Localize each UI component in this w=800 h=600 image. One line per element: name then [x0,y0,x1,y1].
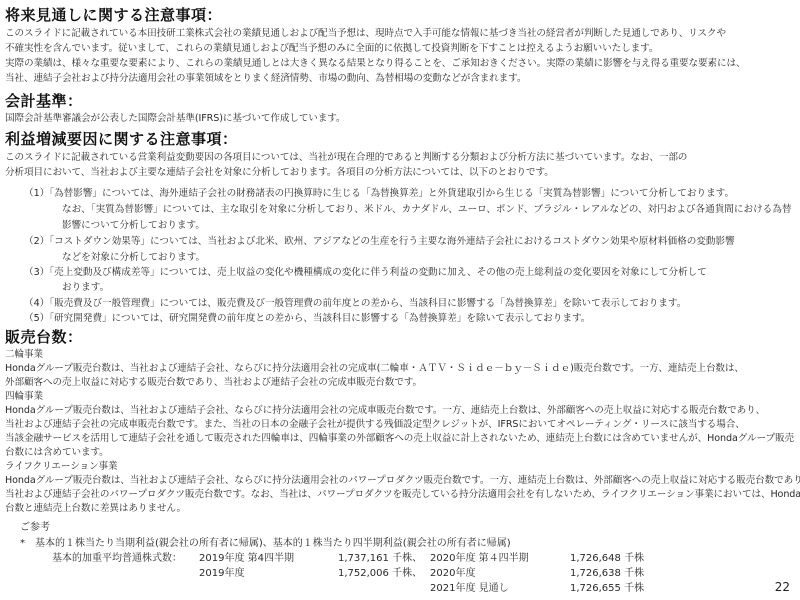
period-cell: 2019年度 [199,564,244,579]
list-item-5: （5）「研究開発費」については、研究開発費の前年度との差から、当該科目に影響する… [24,310,590,324]
shares-label: 基本的加重平均普通株式数： [52,549,182,564]
list-item-2-cont: などを対象に分析しております。 [62,249,205,263]
list-item-1-cont: なお、「実質為替影響」については、主な取引を対象に分析しており、米ドル、カナダド… [62,201,791,215]
paragraph-line: 台数には含めています。 [5,446,109,459]
paragraph-line: 当社および連結子会社の完成車販売台数です。また、当社の日本の金融子会社が提供する… [5,418,745,431]
sales-units-heading: 販売台数： [5,326,83,347]
paragraph-line: このスライドに記載されている本田技研工業株式会社の業績見通しおよび配当予想は、現… [5,27,726,40]
list-item-2: （2）「コストダウン効果等」については、当社および北米、欧州、アジアなどの生産を… [24,233,735,247]
value-cell: 1,726,655 千株 [570,579,644,594]
subsection-title-automobile: 四輪事業 [5,390,43,403]
period-cell: 2020年度 第４四半期 [430,549,529,564]
profit-factors-heading: 利益増減要因に関する注意事項： [5,128,238,149]
list-item-1: （1）「為替影響」については、海外連結子会社の財務諸表の円換算時に生じる「為替換… [24,185,734,199]
list-item-1-cont: 影響について分析しております。 [62,217,205,231]
value-cell: 1,726,638 千株 [570,564,644,579]
subsection-title-motorcycle: 二輪事業 [5,348,43,361]
accounting-heading: 会計基準： [5,90,83,111]
paragraph-line: 台数と連結売上台数に差異はありません。 [5,502,186,515]
value-cell: 1,752,006 千株、 [338,564,422,579]
value-cell: 1,737,161 千株、 [338,549,422,564]
paragraph-line: 当社および連結子会社のパワープロダクツ販売台数です。なお、当社は、パワープロダク… [5,488,800,501]
reference-note: * 基本的１株当たり当期利益(親会社の所有者に帰属)、基本的１株当たり四半期利益… [20,534,511,549]
value-cell: 1,726,648 千株 [570,549,644,564]
period-cell: 2021年度 見通し [430,579,509,594]
paragraph-line: このスライドに記載されている営業利益変動要因の各項目については、当社が現在合理的… [5,151,687,164]
paragraph-line: 当該金融サービスを活用して連結子会社を通して販売された四輪車は、四輪事業の外部顧… [5,432,794,445]
forward-looking-heading: 将来見通しに関する注意事項： [5,4,222,25]
paragraph-line: Hondaグループ販売台数は、当社および連結子会社、ならびに持分法適用会社の完成… [5,404,765,417]
subsection-title-life-creation: ライフクリエーション事業 [5,460,118,473]
paragraph-line: 当社、連結子会社および持分法適用会社の事業領域をとりまく経済情勢、市場の動向、為… [5,72,526,85]
list-item-3-cont: おります。 [62,279,109,293]
paragraph-line: Hondaグループ販売台数は、当社および連結子会社、ならびに持分法適用会社のパワ… [5,474,800,487]
paragraph-line: 不確実性を含んでいます。従いまして、これらの業績見通しおよび配当予想のみに全面的… [5,42,658,55]
list-item-3: （3）「売上変動及び構成差等」については、売上収益の変化や機種構成の変化に伴う利… [24,264,707,278]
accounting-text: 国際会計基準審議会が公表した国際会計基準(IFRS)に基づいて作成しています。 [5,112,346,125]
reference-title: ご参考 [20,518,50,533]
period-cell: 2020年度 [430,564,475,579]
paragraph-line: 外部顧客への売上収益に対応する販売台数であり、当社および連結子会社の完成車販売台… [5,376,422,389]
period-cell: 2019年度 第4四半期 [199,549,294,564]
list-item-4: （4）「販売費及び一般管理費」については、販売費及び一般管理費の前年度との差から… [24,295,686,309]
paragraph-line: Hondaグループ販売台数は、当社および連結子会社、ならびに持分法適用会社の完成… [5,362,744,375]
paragraph-line: 実際の業績は、様々な重要な要素により、これらの業績見通しとは大きく異なる結果とな… [5,57,746,70]
paragraph-line: 分析項目において、当社および主要な連結子会社を対象に分析しております。各項目の分… [5,166,554,179]
page-number: 22 [775,580,790,594]
